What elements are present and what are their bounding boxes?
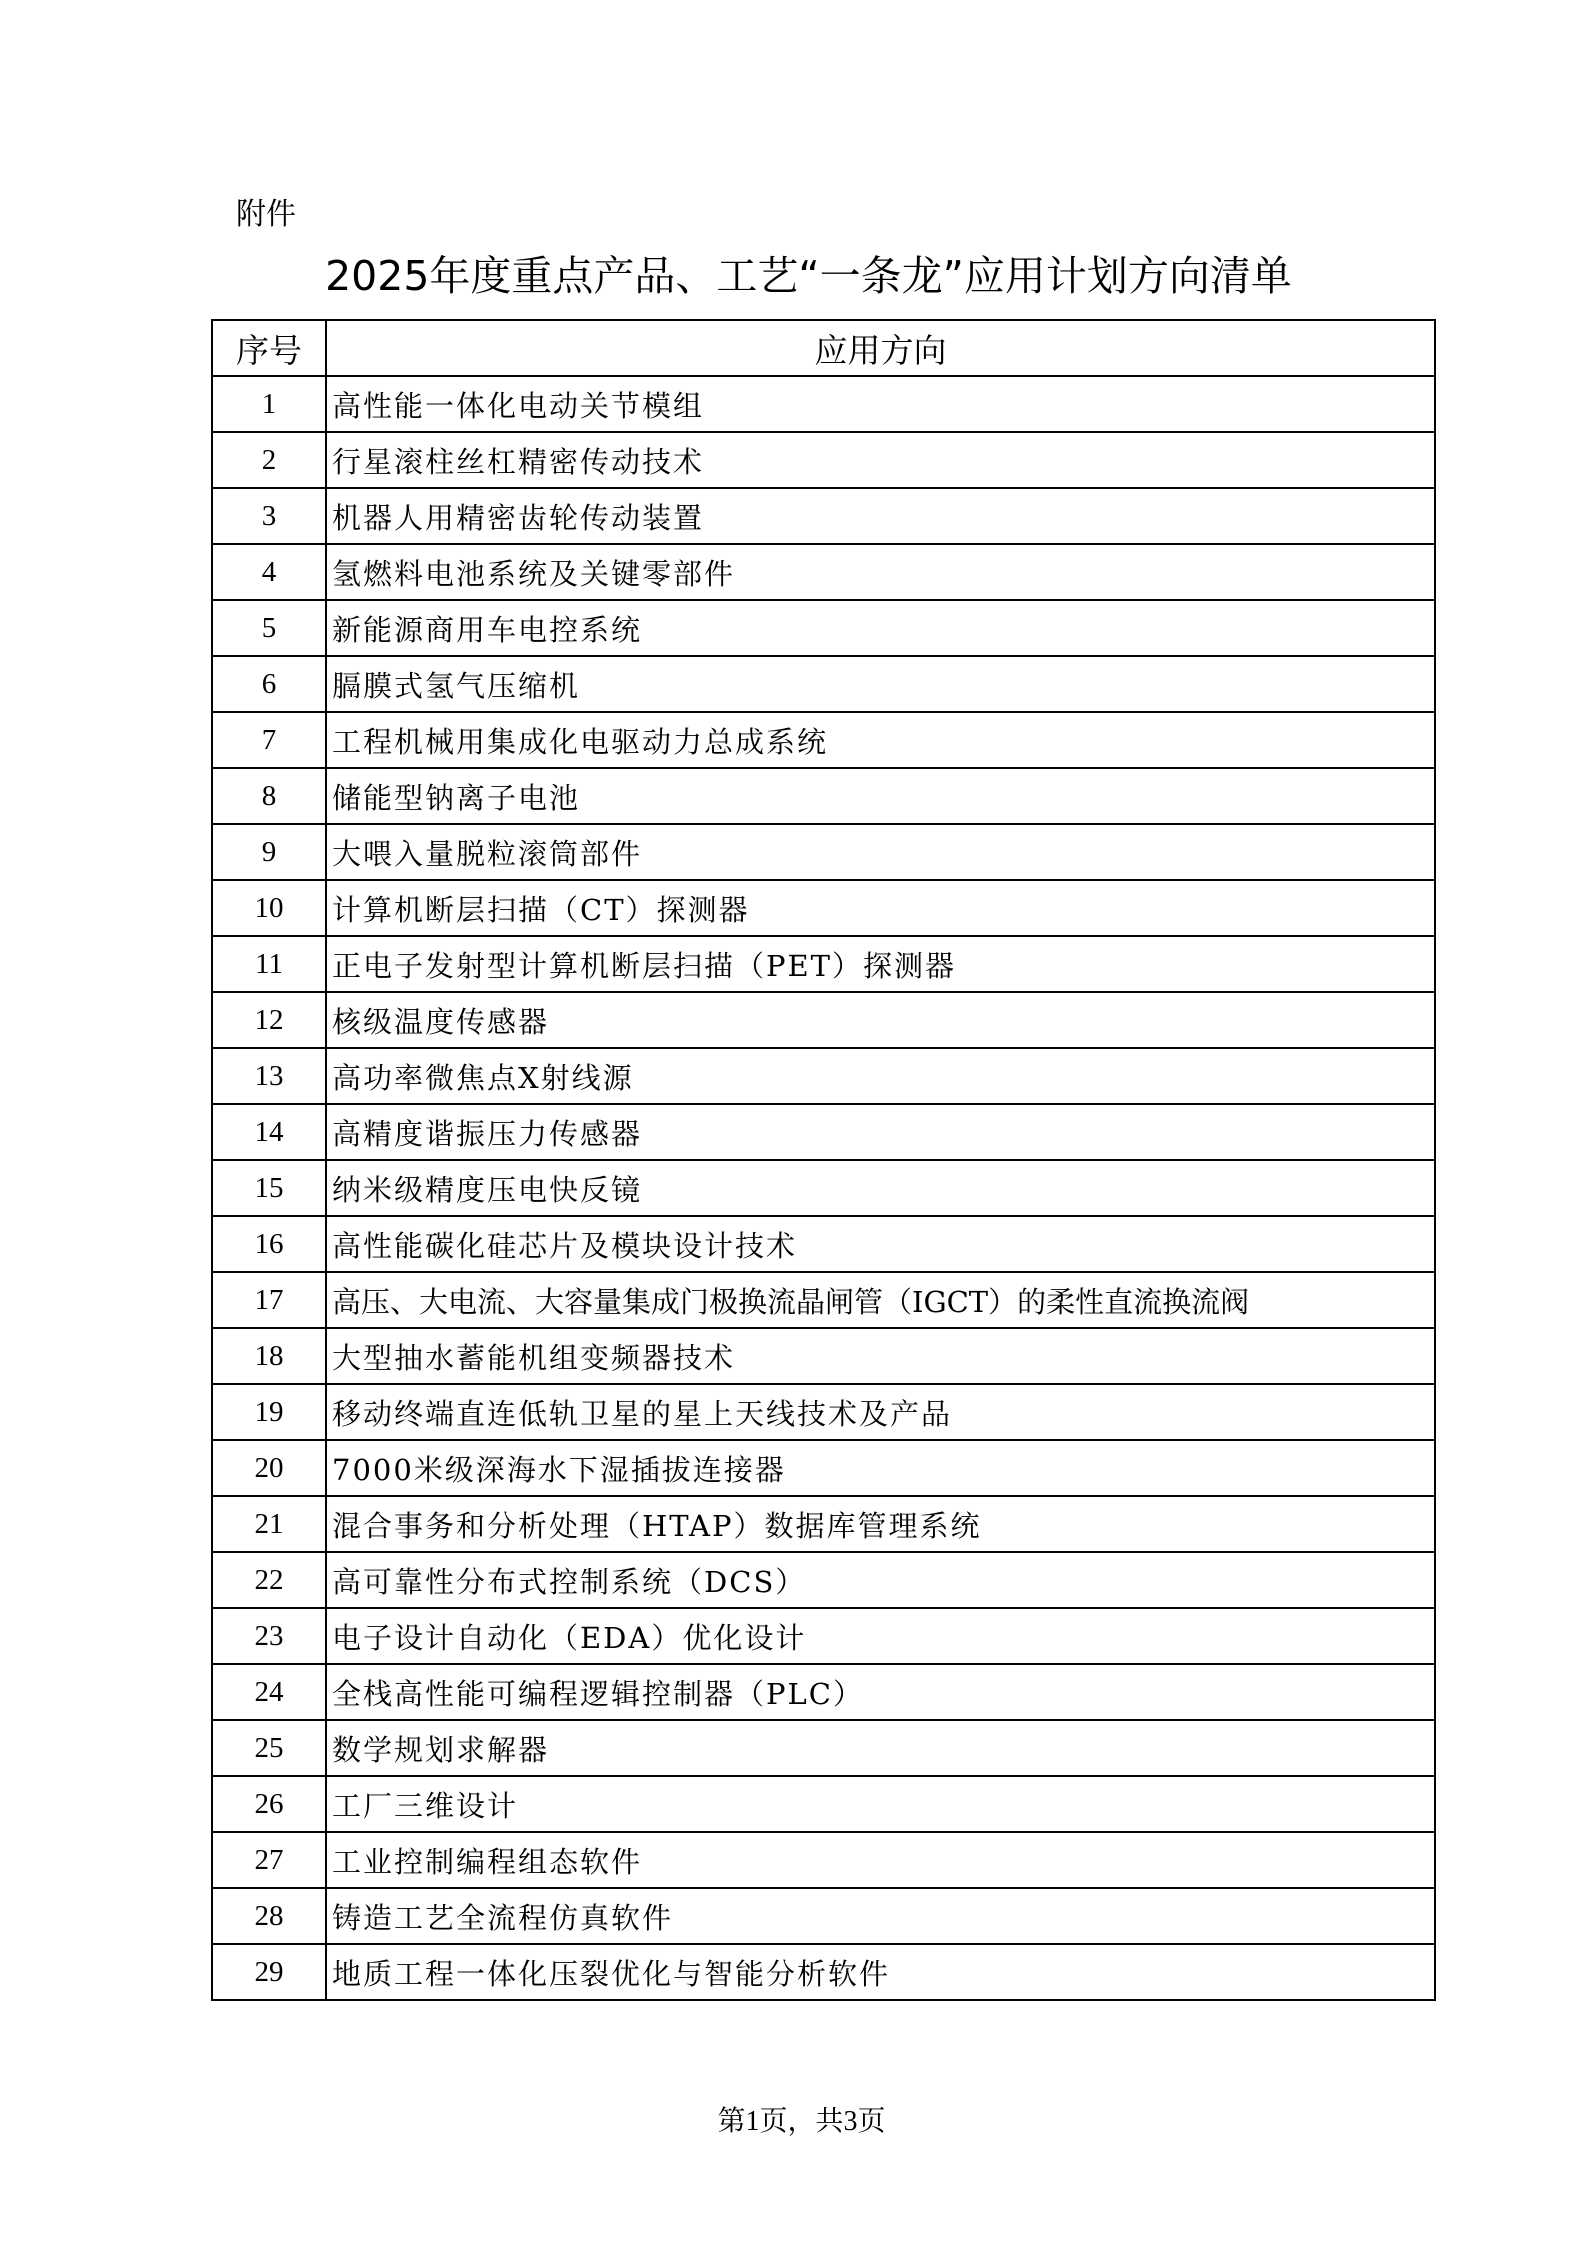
row-direction: 高精度谐振压力传感器 (326, 1104, 1435, 1160)
row-seq: 1 (212, 376, 326, 432)
row-seq: 20 (212, 1440, 326, 1496)
table-row: 13高功率微焦点X射线源 (212, 1048, 1435, 1104)
table-row: 25数学规划求解器 (212, 1720, 1435, 1776)
table-row: 24全栈高性能可编程逻辑控制器（PLC） (212, 1664, 1435, 1720)
row-seq: 21 (212, 1496, 326, 1552)
table-row: 17高压、大电流、大容量集成门极换流晶闸管（IGCT）的柔性直流换流阀 (212, 1272, 1435, 1328)
table-row: 6膈膜式氢气压缩机 (212, 656, 1435, 712)
row-seq: 27 (212, 1832, 326, 1888)
row-direction: 全栈高性能可编程逻辑控制器（PLC） (326, 1664, 1435, 1720)
row-direction: 大喂入量脱粒滚筒部件 (326, 824, 1435, 880)
row-seq: 25 (212, 1720, 326, 1776)
table-row: 21混合事务和分析处理（HTAP）数据库管理系统 (212, 1496, 1435, 1552)
table-row: 9大喂入量脱粒滚筒部件 (212, 824, 1435, 880)
row-direction: 高压、大电流、大容量集成门极换流晶闸管（IGCT）的柔性直流换流阀 (326, 1272, 1435, 1328)
table-row: 19移动终端直连低轨卫星的星上天线技术及产品 (212, 1384, 1435, 1440)
row-direction: 移动终端直连低轨卫星的星上天线技术及产品 (326, 1384, 1435, 1440)
row-seq: 6 (212, 656, 326, 712)
table-row: 5新能源商用车电控系统 (212, 600, 1435, 656)
row-direction: 工程机械用集成化电驱动力总成系统 (326, 712, 1435, 768)
row-direction: 机器人用精密齿轮传动装置 (326, 488, 1435, 544)
table-row: 7工程机械用集成化电驱动力总成系统 (212, 712, 1435, 768)
table-row: 1高性能一体化电动关节模组 (212, 376, 1435, 432)
row-direction: 7000米级深海水下湿插拔连接器 (326, 1440, 1435, 1496)
table-row: 14高精度谐振压力传感器 (212, 1104, 1435, 1160)
table-row: 18大型抽水蓄能机组变频器技术 (212, 1328, 1435, 1384)
table-header-row: 序号 应用方向 (212, 320, 1435, 376)
row-direction: 储能型钠离子电池 (326, 768, 1435, 824)
row-seq: 14 (212, 1104, 326, 1160)
row-seq: 24 (212, 1664, 326, 1720)
row-seq: 19 (212, 1384, 326, 1440)
row-seq: 22 (212, 1552, 326, 1608)
header-direction: 应用方向 (326, 320, 1435, 376)
row-direction: 大型抽水蓄能机组变频器技术 (326, 1328, 1435, 1384)
row-seq: 9 (212, 824, 326, 880)
table-row: 8储能型钠离子电池 (212, 768, 1435, 824)
row-direction: 数学规划求解器 (326, 1720, 1435, 1776)
table-row: 2行星滚柱丝杠精密传动技术 (212, 432, 1435, 488)
row-seq: 29 (212, 1944, 326, 2000)
table-body: 1高性能一体化电动关节模组 2行星滚柱丝杠精密传动技术 3机器人用精密齿轮传动装… (212, 376, 1435, 2000)
row-direction: 高功率微焦点X射线源 (326, 1048, 1435, 1104)
row-seq: 5 (212, 600, 326, 656)
row-direction: 行星滚柱丝杠精密传动技术 (326, 432, 1435, 488)
row-direction: 地质工程一体化压裂优化与智能分析软件 (326, 1944, 1435, 2000)
row-direction: 纳米级精度压电快反镜 (326, 1160, 1435, 1216)
row-seq: 7 (212, 712, 326, 768)
row-direction: 工业控制编程组态软件 (326, 1832, 1435, 1888)
row-direction: 新能源商用车电控系统 (326, 600, 1435, 656)
table-row: 29地质工程一体化压裂优化与智能分析软件 (212, 1944, 1435, 2000)
table-row: 22高可靠性分布式控制系统（DCS） (212, 1552, 1435, 1608)
table-row: 12核级温度传感器 (212, 992, 1435, 1048)
row-direction: 正电子发射型计算机断层扫描（PET）探测器 (326, 936, 1435, 992)
row-direction: 高性能碳化硅芯片及模块设计技术 (326, 1216, 1435, 1272)
row-seq: 18 (212, 1328, 326, 1384)
table-row: 10计算机断层扫描（CT）探测器 (212, 880, 1435, 936)
row-direction: 高可靠性分布式控制系统（DCS） (326, 1552, 1435, 1608)
application-direction-table: 序号 应用方向 1高性能一体化电动关节模组 2行星滚柱丝杠精密传动技术 3机器人… (211, 319, 1436, 2001)
row-seq: 10 (212, 880, 326, 936)
row-seq: 15 (212, 1160, 326, 1216)
row-seq: 28 (212, 1888, 326, 1944)
table-row: 28铸造工艺全流程仿真软件 (212, 1888, 1435, 1944)
table-row: 207000米级深海水下湿插拔连接器 (212, 1440, 1435, 1496)
table-row: 3机器人用精密齿轮传动装置 (212, 488, 1435, 544)
row-seq: 4 (212, 544, 326, 600)
row-direction: 高性能一体化电动关节模组 (326, 376, 1435, 432)
row-direction: 计算机断层扫描（CT）探测器 (326, 880, 1435, 936)
row-seq: 16 (212, 1216, 326, 1272)
row-direction: 核级温度传感器 (326, 992, 1435, 1048)
row-seq: 26 (212, 1776, 326, 1832)
table-row: 27工业控制编程组态软件 (212, 1832, 1435, 1888)
row-seq: 12 (212, 992, 326, 1048)
row-direction: 工厂三维设计 (326, 1776, 1435, 1832)
row-direction: 膈膜式氢气压缩机 (326, 656, 1435, 712)
row-seq: 23 (212, 1608, 326, 1664)
table-row: 4氢燃料电池系统及关键零部件 (212, 544, 1435, 600)
table-row: 15纳米级精度压电快反镜 (212, 1160, 1435, 1216)
row-direction: 电子设计自动化（EDA）优化设计 (326, 1608, 1435, 1664)
row-seq: 17 (212, 1272, 326, 1328)
page-indicator: 第1页，共3页 (0, 2104, 1587, 2140)
row-seq: 13 (212, 1048, 326, 1104)
row-direction: 氢燃料电池系统及关键零部件 (326, 544, 1435, 600)
row-seq: 2 (212, 432, 326, 488)
row-direction: 铸造工艺全流程仿真软件 (326, 1888, 1435, 1944)
row-direction: 混合事务和分析处理（HTAP）数据库管理系统 (326, 1496, 1435, 1552)
table-row: 23电子设计自动化（EDA）优化设计 (212, 1608, 1435, 1664)
table-row: 16高性能碳化硅芯片及模块设计技术 (212, 1216, 1435, 1272)
header-seq: 序号 (212, 320, 326, 376)
table-row: 26工厂三维设计 (212, 1776, 1435, 1832)
table-row: 11正电子发射型计算机断层扫描（PET）探测器 (212, 936, 1435, 992)
document-title: 2025年度重点产品、工艺“一条龙”应用计划方向清单 (0, 248, 1587, 304)
attachment-label: 附件 (236, 195, 296, 235)
row-seq: 3 (212, 488, 326, 544)
row-seq: 11 (212, 936, 326, 992)
row-seq: 8 (212, 768, 326, 824)
